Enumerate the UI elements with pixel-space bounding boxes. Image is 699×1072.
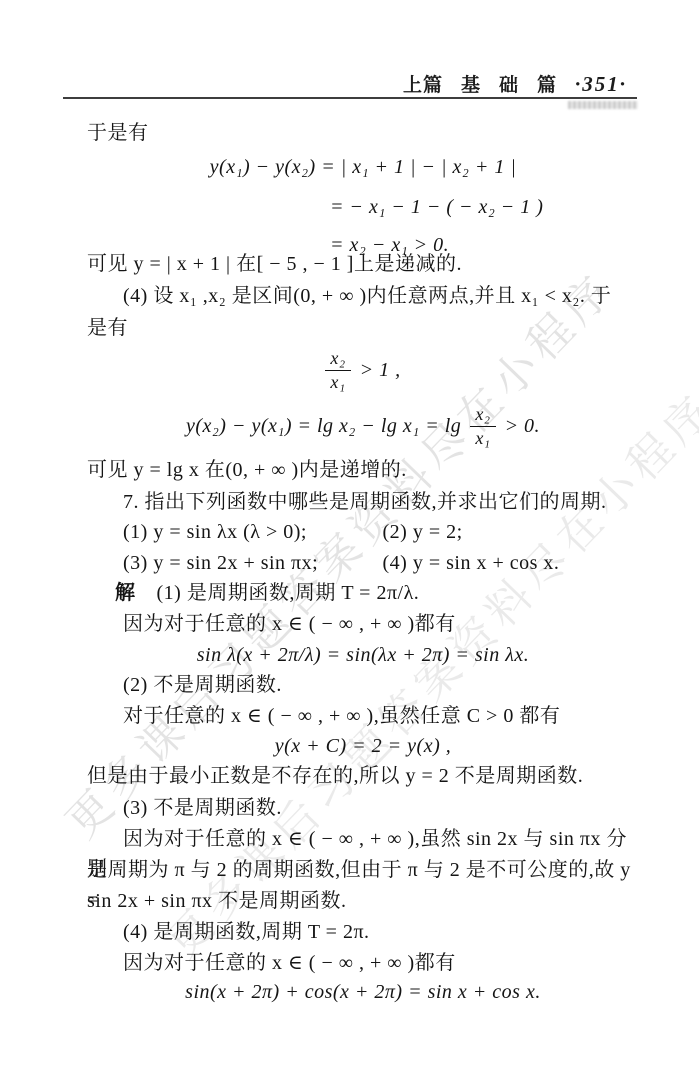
text-line: 可见 y = | x + 1 | 在[ − 5 , − 1 ]上是递减的. — [87, 249, 639, 279]
header-divider-rule — [63, 97, 637, 99]
header-section-title: 上篇 — [403, 70, 443, 97]
equation-line: y(x₁) − y(x₂) = | x₁ + 1 | − | x₂ + 1 | — [87, 152, 639, 182]
problem-items-row: (3) y = sin 2x + sin πx; (4) y = sin x +… — [87, 548, 639, 578]
equation-line: sin λ(x + 2π/λ) = sin(λx + 2π) = sin λx. — [87, 640, 639, 670]
equation-line: = − x₁ − 1 − ( − x₂ − 1 ) — [87, 192, 639, 222]
text-line: 是周期为 π 与 2 的周期函数,但由于 π 与 2 是不可公度的,故 y = — [87, 855, 639, 885]
text-line: 因为对于任意的 x ∈ ( − ∞ , + ∞ ),虽然 sin 2x 与 si… — [87, 824, 639, 854]
text-line: 因为对于任意的 x ∈ ( − ∞ , + ∞ )都有 — [87, 948, 639, 978]
problem-item: (3) y = sin 2x + sin πx; — [123, 548, 377, 578]
fraction-denominator: x₁ — [475, 427, 490, 449]
equation-fraction-line: y(x₂) − y(x₁) = lg x₂ − lg x₁ = lg x₂ x₁… — [87, 398, 639, 454]
inequality-text: > 1 , — [360, 342, 401, 398]
text-line: 但是由于最小正数是不存在的,所以 y = 2 不是周期函数. — [87, 761, 639, 791]
solution-line: 解 (1) 是周期函数,周期 T = 2π/λ. — [87, 578, 639, 608]
equation-left-part: y(x₂) − y(x₁) = lg x₂ − lg x₁ = lg — [186, 398, 461, 454]
header-title-char: 基 — [461, 70, 481, 97]
text-line: 因为对于任意的 x ∈ ( − ∞ , + ∞ )都有 — [87, 609, 639, 639]
solution-label: 解 — [115, 582, 135, 604]
header-scan-smudge — [568, 101, 638, 109]
problem-item: (1) y = sin λx (λ > 0); — [123, 517, 377, 547]
text-line: (3) 不是周期函数. — [87, 793, 639, 823]
fraction-denominator: x₁ — [330, 371, 345, 393]
equation-line: sin(x + 2π) + cos(x + 2π) = sin x + cos … — [87, 977, 639, 1007]
text-line: 对于任意的 x ∈ ( − ∞ , + ∞ ),虽然任意 C > 0 都有 — [87, 701, 639, 731]
text-line: 是有 — [87, 313, 639, 343]
header-title-char: 篇 — [537, 70, 557, 97]
fraction-numerator: x₂ — [325, 348, 350, 371]
solution-text: (1) 是周期函数,周期 T = 2π/λ. — [157, 582, 420, 604]
problem-item: (4) y = sin x + cos x. — [383, 552, 560, 574]
page-header: 上篇 基 础 篇 ·351· — [403, 70, 627, 97]
header-title-char: 础 — [499, 70, 519, 97]
problem-item: (2) y = 2; — [383, 521, 463, 543]
fraction-numerator: x₂ — [470, 404, 495, 427]
problem-items-row: (1) y = sin λx (λ > 0); (2) y = 2; — [87, 517, 639, 547]
fraction: x₂ x₁ — [470, 404, 495, 448]
text-line: sin 2x + sin πx 不是周期函数. — [87, 886, 639, 916]
text-line: (2) 不是周期函数. — [87, 670, 639, 700]
problem-statement-line: 7. 指出下列函数中哪些是周期函数,并求出它们的周期. — [87, 487, 639, 517]
text-line: 于是有 — [87, 118, 639, 148]
equation-right-part: > 0. — [505, 398, 541, 454]
fraction: x₂ x₁ — [325, 348, 350, 392]
text-line: 可见 y = lg x 在(0, + ∞ )内是递增的. — [87, 455, 639, 485]
text-line: (4) 设 x₁ ,x₂ 是区间(0, + ∞ )内任意两点,并且 x₁ < x… — [87, 281, 639, 311]
text-line: (4) 是周期函数,周期 T = 2π. — [87, 917, 639, 947]
equation-fraction-line: x₂ x₁ > 1 , — [87, 342, 639, 398]
equation-line: y(x + C) = 2 = y(x) , — [87, 731, 639, 761]
page-number: ·351· — [575, 72, 627, 97]
